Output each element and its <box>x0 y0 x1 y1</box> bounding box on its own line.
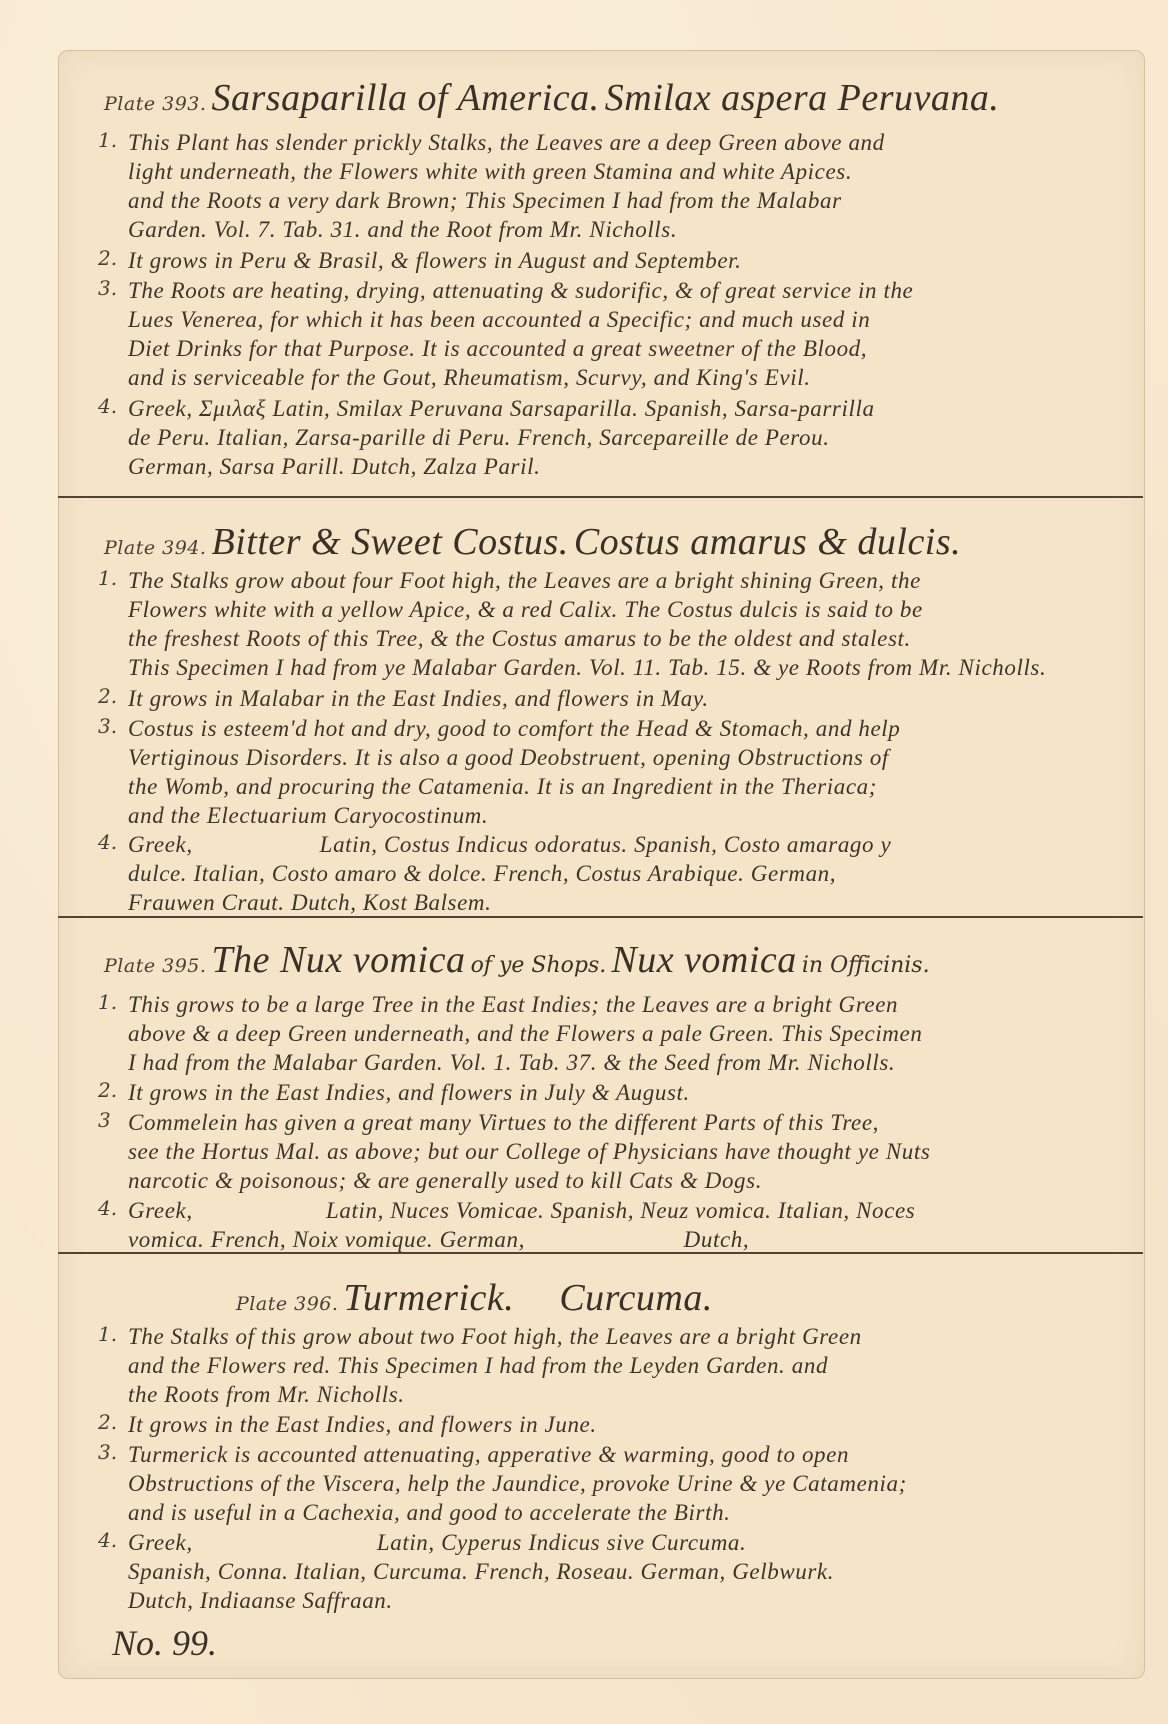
section-divider <box>58 916 1143 918</box>
paragraph-number: 3. <box>98 276 117 300</box>
text-line: Commelein has given a great many Virtues… <box>100 1108 1120 1137</box>
plate-heading: Plate 394. Bitter & Sweet Costus. Costus… <box>104 520 961 564</box>
paragraph-number: 1. <box>98 128 117 152</box>
text-line: Greek, Latin, Nuces Vomicae. Spanish, Ne… <box>100 1196 1120 1225</box>
text-line: It grows in the East Indies, and flowers… <box>100 1410 1120 1439</box>
plate-number: Plate 395. <box>104 955 206 977</box>
text-line: Greek, Σμιλαξ Latin, Smilax Peruvana Sar… <box>100 394 1120 423</box>
text-line: and the Flowers red. This Specimen I had… <box>100 1351 1120 1380</box>
paragraph: 1. This Plant has slender prickly Stalks… <box>100 128 1120 244</box>
paragraph: 3. Costus is esteem'd hot and dry, good … <box>100 714 1120 830</box>
text-line: and the Roots a very dark Brown; This Sp… <box>100 186 1120 215</box>
paragraph: 3 Commelein has given a great many Virtu… <box>100 1108 1120 1195</box>
text-line: vomica. French, Noix vomique. German, Du… <box>100 1225 1120 1254</box>
paragraph-number: 2. <box>98 1410 117 1434</box>
plate-title-english: Bitter & Sweet Costus. <box>212 521 569 563</box>
paragraph-number: 1. <box>98 990 117 1014</box>
text-line: This grows to be a large Tree in the Eas… <box>100 990 1120 1019</box>
plate-title-latin: Smilax aspera Peruvana. <box>605 77 1000 119</box>
section-divider <box>58 1252 1143 1254</box>
text-line: Lues Venerea, for which it has been acco… <box>100 305 1120 334</box>
text-line: Dutch, Indiaanse Saffraan. <box>100 1586 1120 1615</box>
text-line: de Peru. Italian, Zarsa-parille di Peru.… <box>100 423 1120 452</box>
paragraph: 2. It grows in the East Indies, and flow… <box>100 1078 1120 1107</box>
paragraph-number: 2. <box>98 1078 117 1102</box>
text-line: The Stalks grow about four Foot high, th… <box>100 566 1120 595</box>
paragraph: 1. The Stalks grow about four Foot high,… <box>100 566 1120 682</box>
paragraph: 4. Greek, Latin, Costus Indicus odoratus… <box>100 830 1120 917</box>
text-line: light underneath, the Flowers white with… <box>100 157 1120 186</box>
plate-number: Plate 396. <box>236 1293 338 1315</box>
text-line: Garden. Vol. 7. Tab. 31. and the Root fr… <box>100 215 1120 244</box>
text-line: narcotic & poisonous; & are generally us… <box>100 1166 1120 1195</box>
paragraph: 4. Greek, Latin, Nuces Vomicae. Spanish,… <box>100 1196 1120 1254</box>
text-line: Obstructions of the Viscera, help the Ja… <box>100 1469 1120 1498</box>
paragraph: 4. Greek, Σμιλαξ Latin, Smilax Peruvana … <box>100 394 1120 481</box>
text-line: The Roots are heating, drying, attenuati… <box>100 276 1120 305</box>
plate-title-latin: Nux vomica <box>611 939 796 981</box>
plate-title-english: Sarsaparilla of America. <box>212 77 600 119</box>
paragraph-number: 1. <box>98 566 117 590</box>
plate-title-english: The Nux vomica <box>212 939 466 981</box>
page-number: No. 99. <box>112 1622 217 1664</box>
text-line: It grows in Peru & Brasil, & flowers in … <box>100 246 1120 275</box>
plate-title-latin-suffix: in Officinis. <box>802 953 930 978</box>
plate-title-english-suffix: of ye Shops. <box>471 953 607 978</box>
text-line: dulce. Italian, Costo amaro & dolce. Fre… <box>100 859 1120 888</box>
paragraph: 1. The Stalks of this grow about two Foo… <box>100 1322 1120 1409</box>
text-line: see the Hortus Mal. as above; but our Co… <box>100 1137 1120 1166</box>
text-line: It grows in the East Indies, and flowers… <box>100 1078 1120 1107</box>
text-line: German, Sarsa Parill. Dutch, Zalza Paril… <box>100 452 1120 481</box>
text-line: the Womb, and procuring the Catamenia. I… <box>100 772 1120 801</box>
text-line: Vertiginous Disorders. It is also a good… <box>100 743 1120 772</box>
paragraph-number: 3. <box>98 1440 117 1464</box>
plate-title-latin: Curcuma. <box>559 1277 713 1319</box>
plate-number: Plate 394. <box>104 537 206 559</box>
text-line: This Specimen I had from ye Malabar Gard… <box>100 653 1120 682</box>
paragraph: 4. Greek, Latin, Cyperus Indicus sive Cu… <box>100 1528 1120 1615</box>
text-line: the freshest Roots of this Tree, & the C… <box>100 624 1120 653</box>
text-line: Frauwen Craut. Dutch, Kost Balsem. <box>100 888 1120 917</box>
text-line: Costus is esteem'd hot and dry, good to … <box>100 714 1120 743</box>
plate-heading: Plate 393. Sarsaparilla of America. Smil… <box>104 76 999 120</box>
text-line: Spanish, Conna. Italian, Curcuma. French… <box>100 1557 1120 1586</box>
paragraph-number: 2. <box>98 246 117 270</box>
paragraph-number: 4. <box>98 830 117 854</box>
paragraph: 1. This grows to be a large Tree in the … <box>100 990 1120 1077</box>
paragraph-number: 3 <box>98 1108 111 1132</box>
text-line: This Plant has slender prickly Stalks, t… <box>100 128 1120 157</box>
text-line: Greek, Latin, Cyperus Indicus sive Curcu… <box>100 1528 1120 1557</box>
paragraph-number: 3. <box>98 714 117 738</box>
text-line: It grows in Malabar in the East Indies, … <box>100 684 1120 713</box>
text-line: Diet Drinks for that Purpose. It is acco… <box>100 334 1120 363</box>
plate-heading: Plate 395. The Nux vomica of ye Shops. N… <box>104 938 930 982</box>
text-line: Turmerick is accounted attenuating, appe… <box>100 1440 1120 1469</box>
text-line: Greek, Latin, Costus Indicus odoratus. S… <box>100 830 1120 859</box>
text-line: The Stalks of this grow about two Foot h… <box>100 1322 1120 1351</box>
text-line: above & a deep Green underneath, and the… <box>100 1019 1120 1048</box>
plate-number: Plate 393. <box>104 93 206 115</box>
text-line: I had from the Malabar Garden. Vol. 1. T… <box>100 1048 1120 1077</box>
paragraph: 2. It grows in the East Indies, and flow… <box>100 1410 1120 1439</box>
paragraph-number: 4. <box>98 394 117 418</box>
text-line: and is serviceable for the Gout, Rheumat… <box>100 363 1120 392</box>
paragraph-number: 4. <box>98 1196 117 1220</box>
plate-title-latin: Costus amarus & dulcis. <box>574 521 961 563</box>
text-line: and is useful in a Cachexia, and good to… <box>100 1498 1120 1527</box>
text-line: Flowers white with a yellow Apice, & a r… <box>100 595 1120 624</box>
paragraph-number: 1. <box>98 1322 117 1346</box>
plate-heading: Plate 396. Turmerick. Curcuma. <box>236 1276 713 1320</box>
paragraph: 2. It grows in Malabar in the East Indie… <box>100 684 1120 713</box>
paragraph: 3. The Roots are heating, drying, attenu… <box>100 276 1120 392</box>
text-line: and the Electuarium Caryocostinum. <box>100 801 1120 830</box>
paragraph: 3. Turmerick is accounted attenuating, a… <box>100 1440 1120 1527</box>
paragraph-number: 4. <box>98 1528 117 1552</box>
paragraph: 2. It grows in Peru & Brasil, & flowers … <box>100 246 1120 275</box>
paragraph-number: 2. <box>98 684 117 708</box>
plate-title-english: Turmerick. <box>344 1277 515 1319</box>
section-divider <box>58 496 1143 498</box>
text-line: the Roots from Mr. Nicholls. <box>100 1380 1120 1409</box>
